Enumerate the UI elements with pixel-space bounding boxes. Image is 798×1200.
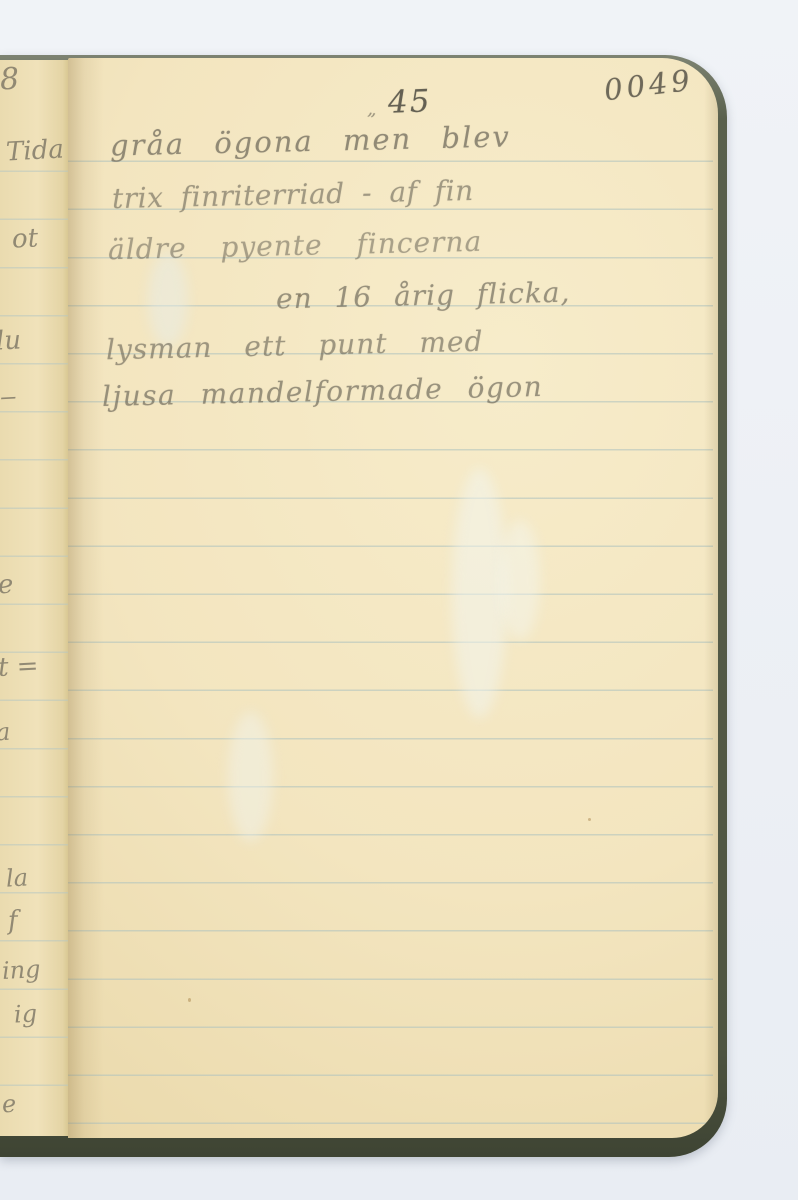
ghost-smudge — [228, 712, 273, 842]
handwriting-fragment: e — [0, 570, 14, 601]
handwriting-line: en 16 årig flicka, — [276, 276, 571, 316]
paper-speck — [588, 818, 591, 821]
gutter-shadow — [68, 58, 104, 1138]
ghost-smudge — [500, 520, 540, 640]
handwriting-fragment: ig — [13, 999, 37, 1028]
previous-page-sliver: 8 Tida ot lu ‒ e t = a la f ing ig e — [0, 60, 68, 1136]
handwriting-fragment: a — [0, 718, 11, 747]
notebook-page: 45 ” 0049 gråa ögona men blev trix finri… — [68, 58, 718, 1138]
handwriting-fragment: la — [5, 863, 28, 892]
handwriting-fragment: lu — [0, 325, 22, 356]
handwriting-fragment: ing — [1, 955, 41, 985]
page-edge-shade — [704, 58, 718, 1138]
left-page-number-fragment: 8 — [0, 62, 20, 98]
scan-number: 0049 — [602, 63, 695, 108]
handwriting-fragment: f — [7, 906, 18, 936]
handwriting-fragment: ‒ — [0, 382, 17, 413]
handwriting-fragment: ot — [11, 223, 39, 254]
paper-speck — [188, 998, 191, 1002]
handwriting-fragment: e — [1, 1090, 17, 1119]
page-number: 45 — [387, 83, 432, 120]
ghost-smudge — [452, 468, 507, 718]
handwriting-fragment: Tida — [5, 135, 64, 168]
scanned-notebook: 8 Tida ot lu ‒ e t = a la f ing ig e 45 … — [0, 0, 798, 1200]
handwriting-fragment: t = — [0, 651, 39, 683]
